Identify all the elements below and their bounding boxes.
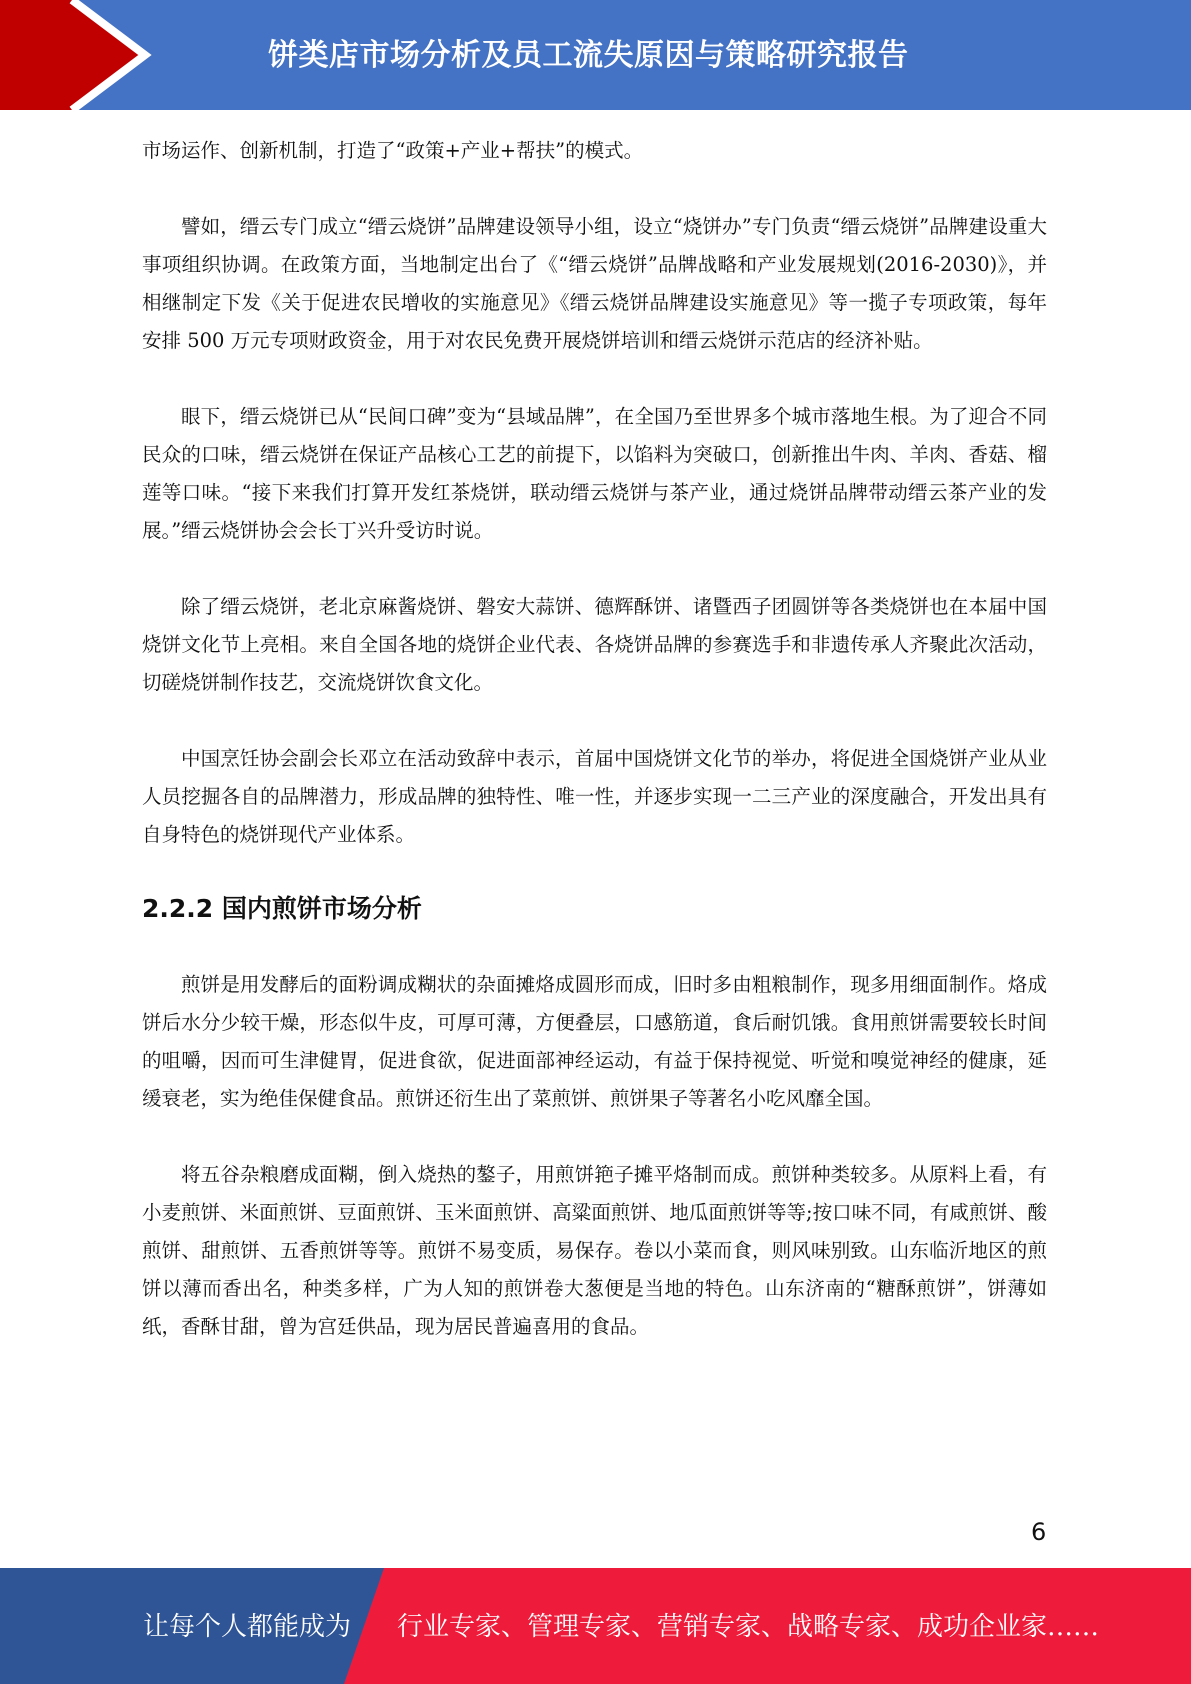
section-heading: 2.2.2 国内煎饼市场分析 bbox=[142, 890, 1047, 928]
paragraph: 煎饼是用发酵后的面粉调成糊状的杂面摊烙成圆形而成，旧时多由粗粮制作，现多用细面制… bbox=[142, 966, 1047, 1118]
paragraph: 将五谷杂粮磨成面糊，倒入烧热的鏊子，用煎饼筢子摊平烙制而成。煎饼种类较多。从原料… bbox=[142, 1156, 1047, 1346]
footer-slogan-right: 行业专家、管理专家、营销专家、战略专家、成功企业家…… bbox=[397, 1606, 1099, 1643]
paragraph: 譬如，缙云专门成立“缙云烧饼”品牌建设领导小组，设立“烧饼办”专门负责“缙云烧饼… bbox=[142, 208, 1047, 360]
page-footer: 让每个人都能成为 行业专家、管理专家、营销专家、战略专家、成功企业家…… bbox=[0, 1568, 1191, 1684]
paragraph: 中国烹饪协会副会长邓立在活动致辞中表示，首届中国烧饼文化节的举办，将促进全国烧饼… bbox=[142, 740, 1047, 854]
paragraph: 眼下，缙云烧饼已从“民间口碑”变为“县域品牌”，在全国乃至世界多个城市落地生根。… bbox=[142, 398, 1047, 550]
paragraph: 市场运作、创新机制，打造了“政策+产业+帮扶”的模式。 bbox=[142, 132, 1047, 170]
report-title: 饼类店市场分析及员工流失原因与策略研究报告 bbox=[268, 30, 909, 74]
paragraph: 除了缙云烧饼，老北京麻酱烧饼、磐安大蒜饼、德辉酥饼、诸暨西子团圆饼等各类烧饼也在… bbox=[142, 588, 1047, 702]
footer-slogan-left: 让每个人都能成为 bbox=[143, 1606, 351, 1643]
page-number: 6 bbox=[1031, 1518, 1046, 1546]
document-body: 市场运作、创新机制，打造了“政策+产业+帮扶”的模式。 譬如，缙云专门成立“缙云… bbox=[142, 132, 1047, 1346]
page-header: 饼类店市场分析及员工流失原因与策略研究报告 bbox=[0, 0, 1191, 110]
red-chevron-decoration bbox=[0, 0, 160, 110]
